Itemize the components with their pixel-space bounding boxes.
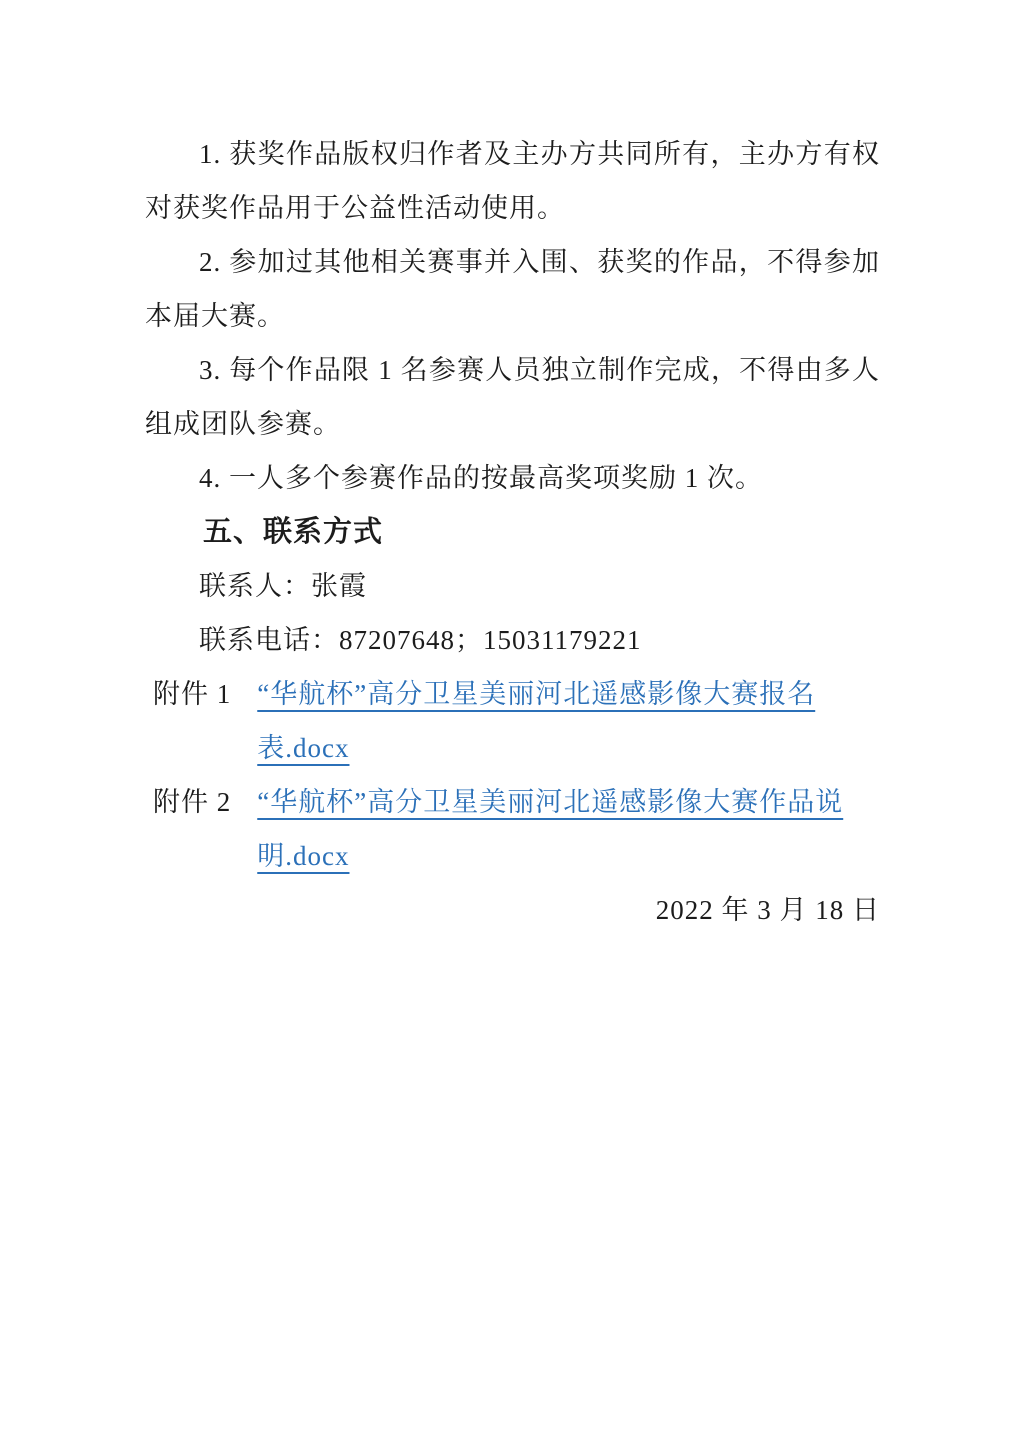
rule-item-2: 2. 参加过其他相关赛事并入围、获奖的作品，不得参加本届大赛。 [145,235,880,343]
attachment-row-1: 附件 1 “华航杯”高分卫星美丽河北遥感影像大赛报名表.docx [145,667,880,775]
document-page: 1. 获奖作品版权归作者及主办方共同所有，主办方有权对获奖作品用于公益性活动使用… [0,0,1024,1448]
rule-item-4: 4. 一人多个参赛作品的按最高奖项奖励 1 次。 [145,451,880,505]
contact-person: 联系人：张霞 [145,559,880,613]
section-heading-contact: 五、联系方式 [145,505,880,559]
contact-phone: 联系电话：87207648；15031179221 [145,613,880,667]
attachment-1-link[interactable]: “华航杯”高分卫星美丽河北遥感影像大赛报名表.docx [257,667,880,775]
document-date: 2022 年 3 月 18 日 [145,883,880,937]
attachment-2-label: 附件 2 [153,775,231,829]
attachment-row-2: 附件 2 “华航杯”高分卫星美丽河北遥感影像大赛作品说明.docx [145,775,880,883]
rule-item-1: 1. 获奖作品版权归作者及主办方共同所有，主办方有权对获奖作品用于公益性活动使用… [145,127,880,235]
attachment-1-label: 附件 1 [153,667,231,721]
attachment-2-link[interactable]: “华航杯”高分卫星美丽河北遥感影像大赛作品说明.docx [257,775,880,883]
rule-item-3: 3. 每个作品限 1 名参赛人员独立制作完成，不得由多人组成团队参赛。 [145,343,880,451]
